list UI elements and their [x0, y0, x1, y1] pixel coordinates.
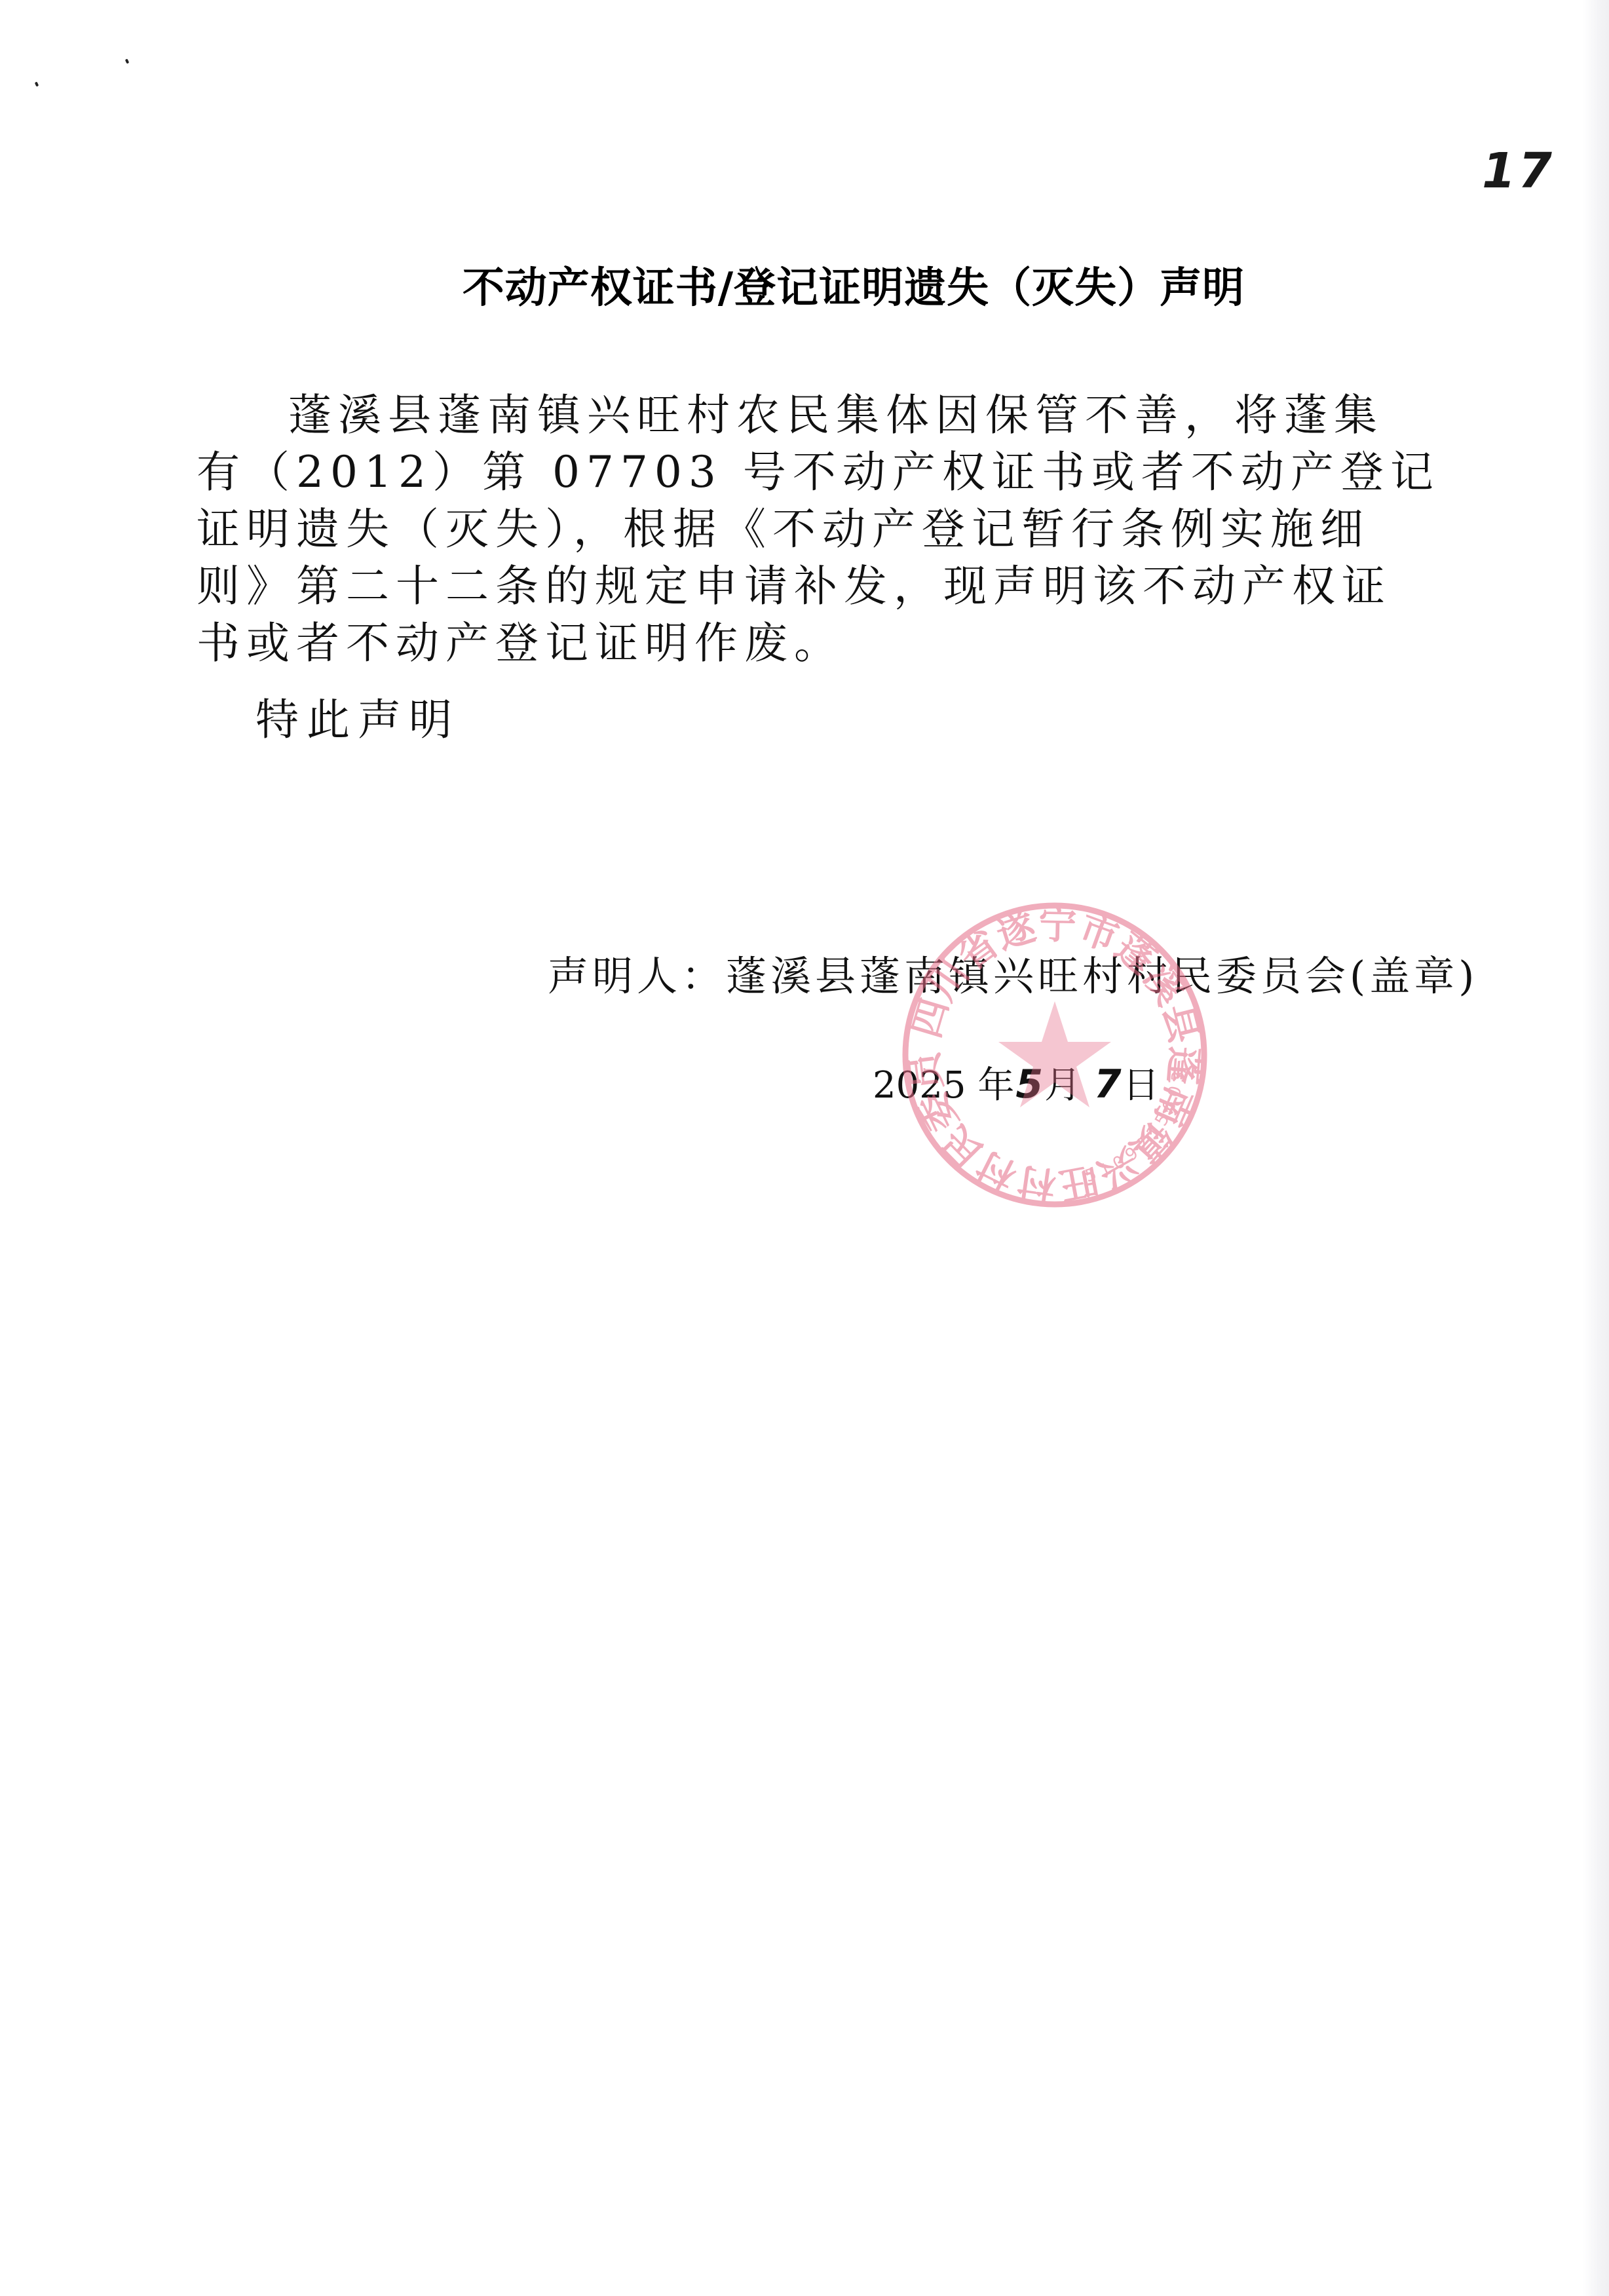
date-day-handwritten: 7	[1093, 1062, 1123, 1107]
date-year: 2025 年	[873, 1064, 1014, 1107]
date-month-label: 月	[1044, 1064, 1081, 1107]
date-month-handwritten: 5	[1014, 1062, 1044, 1107]
scan-edge-shadow	[1583, 0, 1609, 2296]
declaration-body: 蓬溪县蓬南镇兴旺村农民集体因保管不善，将蓬集 有（2012）第 07703 号不…	[197, 387, 1467, 672]
closing-statement: 特此声明	[256, 685, 460, 747]
body-line-2: 有（2012）第 07703 号不动产权证书或者不动产登记	[197, 444, 1467, 501]
body-line-1: 蓬溪县蓬南镇兴旺村农民集体因保管不善，将蓬集	[197, 387, 1467, 444]
date-day-label: 日	[1123, 1064, 1160, 1107]
body-line-4: 则》第二十二条的规定申请补发，现声明该不动产权证	[197, 558, 1467, 615]
declarant-signature: 声明人：蓬溪县蓬南镇兴旺村村民委员会(盖章)	[548, 944, 1478, 1002]
handwritten-page-number: 17	[1482, 143, 1555, 199]
scan-speck	[125, 58, 130, 64]
scan-speck	[35, 81, 39, 86]
body-line-3: 证明遗失（灭失），根据《不动产登记暂行条例实施细	[197, 501, 1467, 558]
declaration-date: 2025 年5月 7日	[873, 1056, 1160, 1109]
document-title: 不动产权证书/登记证明遗失（灭失）声明	[0, 254, 1609, 315]
body-line-5: 书或者不动产登记证明作废。	[197, 615, 1467, 672]
